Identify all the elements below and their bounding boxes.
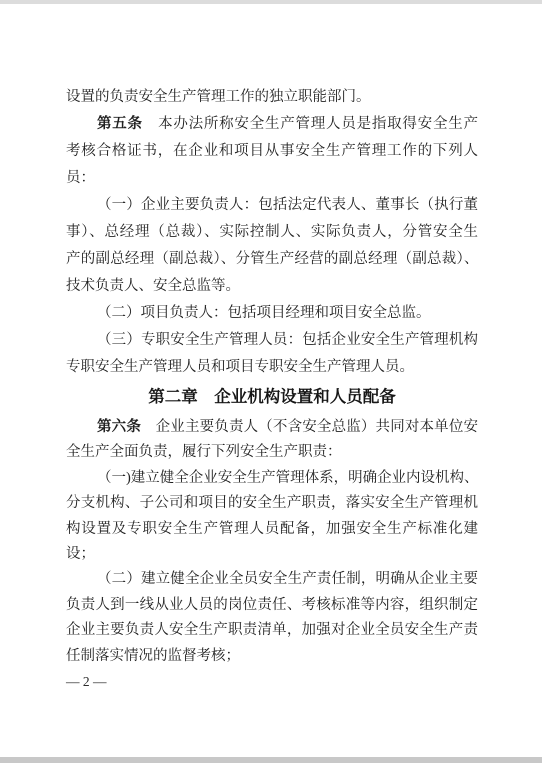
text-line: 技术负责人、安全总监等。 [66, 273, 478, 300]
section-before-chapter: 设置的负责安全生产管理工作的独立职能部门。第五条 本办法所称安全生产管理人员是指… [66, 84, 478, 381]
text-line: 设置的负责安全生产管理工作的独立职能部门。 [66, 84, 478, 111]
text-line: 任制落实情况的监督考核； [66, 644, 478, 669]
text-line: 分支机构、子公司和项目的安全生产职责，落实安全生产管理机 [66, 491, 478, 516]
text-line: （一)建立健全企业安全生产管理体系，明确企业内设机构、 [66, 466, 478, 491]
text-line: 负责人到一线从业人员的岗位责任、考核标准等内容，组织制定 [66, 593, 478, 618]
text-line: （二）建立健全企业全员安全生产责任制，明确从企业主要 [66, 567, 478, 592]
text-line: 第五条 本办法所称安全生产管理人员是指取得安全生产 [66, 111, 478, 138]
text-line: 企业主要负责人安全生产职责清单，加强对企业全员安全生产责 [66, 618, 478, 643]
scan-edge-strip-bottom [0, 757, 542, 763]
text-line: 考核合格证书，在企业和项目从事安全生产管理工作的下列人 [66, 138, 478, 165]
text-line: 构设置及专职安全生产管理人员配备，加强安全生产标准化建 [66, 517, 478, 542]
text-line: （三）专职安全生产管理人员：包括企业安全生产管理机构 [66, 327, 478, 354]
text-line: 专职安全生产管理人员和项目专职安全生产管理人员。 [66, 354, 478, 381]
text-line: 全生产全面负责，履行下列安全生产职责： [66, 440, 478, 465]
page-number: — 2 — [66, 669, 478, 694]
chapter-heading: 第二章 企业机构设置和人员配备 [66, 384, 478, 410]
article-number-bold: 第五条 [97, 116, 143, 132]
text-line: 员： [66, 165, 478, 192]
text-line: （二）项目负责人：包括项目经理和项目安全总监。 [66, 300, 478, 327]
text-line: 产的副总经理（副总裁）、分管生产经营的副总经理（副总裁）、 [66, 246, 478, 273]
scanned-document-page: { "page": { "background": "#ffffff", "to… [0, 0, 542, 763]
text-line: 事）、总经理（总裁）、实际控制人、实际负责人，分管安全生 [66, 219, 478, 246]
text-line: （一）企业主要负责人：包括法定代表人、董事长（执行董 [66, 192, 478, 219]
section-after-chapter: 第六条 企业主要负责人（不含安全总监）共同对本单位安全生产全面负责，履行下列安全… [66, 415, 478, 669]
scan-edge-strip-top [0, 0, 542, 4]
text-line: 设； [66, 542, 478, 567]
text-line: 第六条 企业主要负责人（不含安全总监）共同对本单位安 [66, 415, 478, 440]
document-text-block: 设置的负责安全生产管理工作的独立职能部门。第五条 本办法所称安全生产管理人员是指… [66, 84, 478, 694]
article-number-bold: 第六条 [97, 419, 141, 435]
